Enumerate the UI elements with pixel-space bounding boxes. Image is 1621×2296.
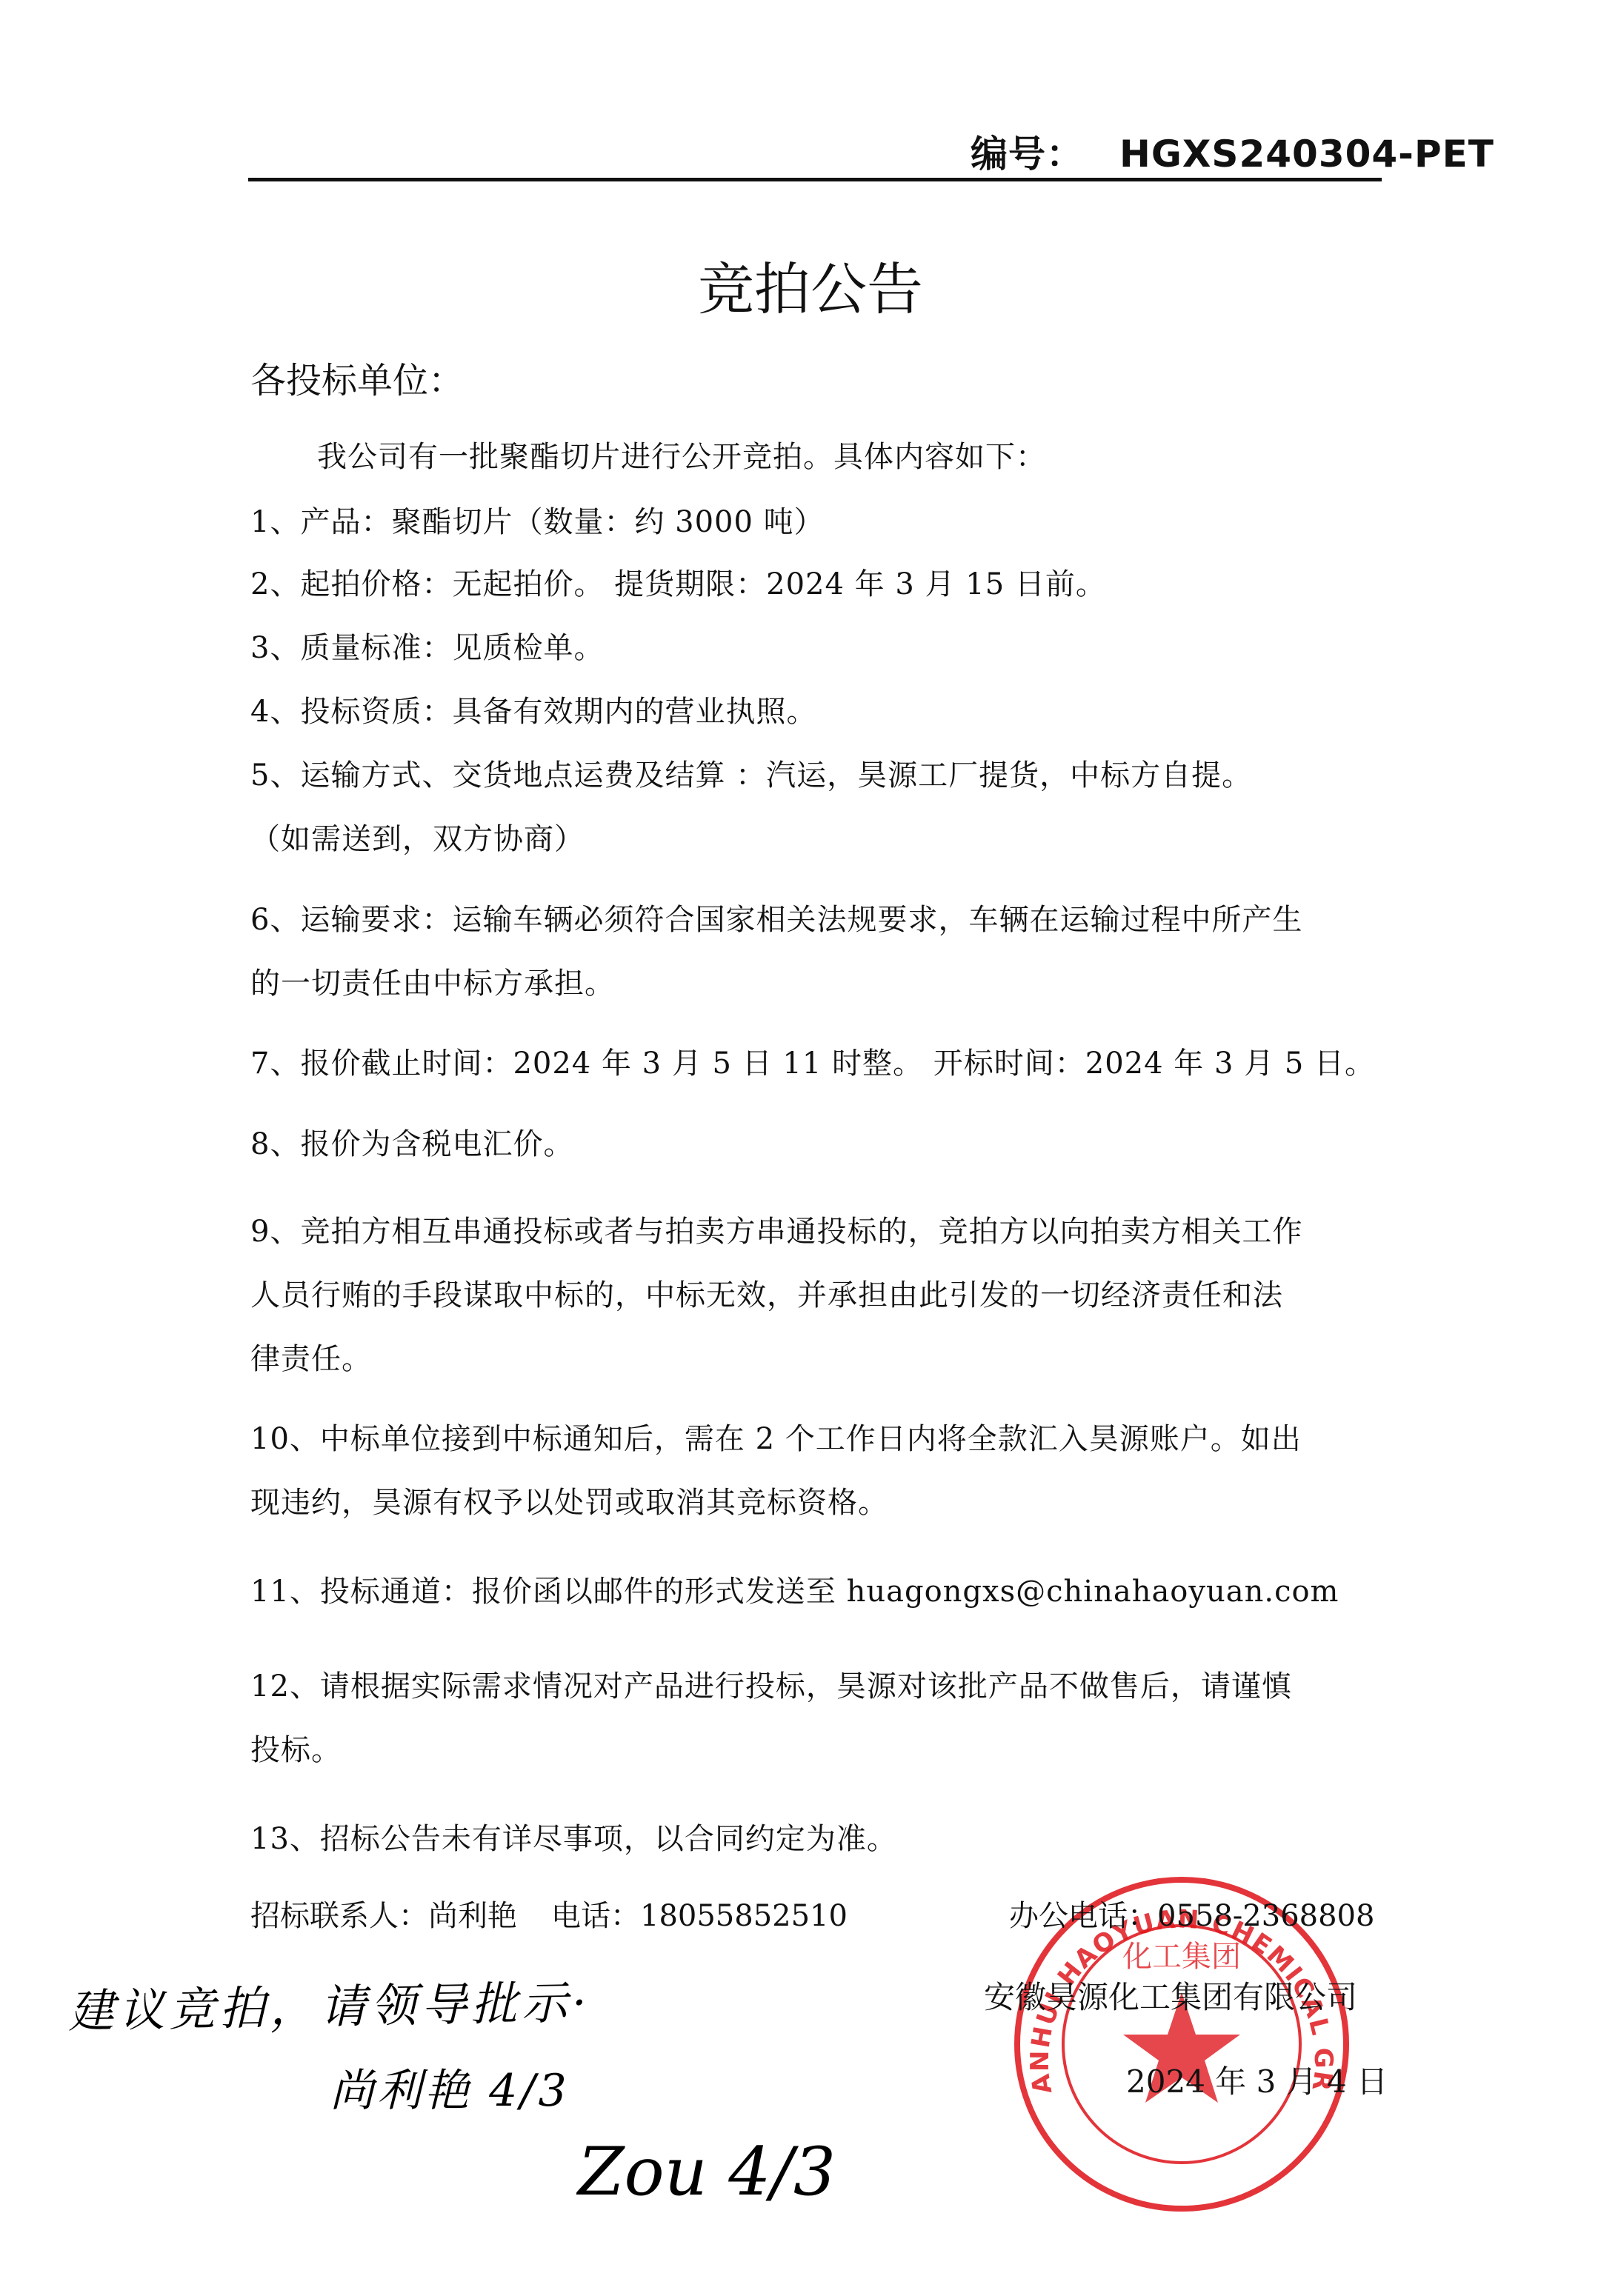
clause-6-cont: 的一切责任由中标方承担。: [250, 960, 615, 1002]
handwritten-signature-2: Zou 4/3: [578, 2133, 836, 2211]
contact-phone: 电话：18055852510: [551, 1899, 848, 1933]
clause-8: 8、报价为含税电汇价。: [250, 1121, 573, 1163]
clause-7: 7、报价截止时间：2024 年 3 月 5 日 11 时整。 开标时间：2024…: [250, 1040, 1375, 1082]
clause-10-cont: 现违约，昊源有权予以处罚或取消其竞标资格。: [250, 1479, 888, 1521]
clause-10: 10、中标单位接到中标通知后，需在 2 个工作日内将全款汇入昊源账户。如出: [250, 1415, 1302, 1458]
document-number-value: HGXS240304-PET: [1119, 133, 1494, 176]
handwritten-signature-1: 尚利艳 4/3: [330, 2055, 570, 2119]
office-phone: 办公电话：0558-2368808: [1009, 1892, 1374, 1935]
clause-3: 3、质量标准：见质检单。: [250, 624, 604, 667]
clause-11: 11、投标通道：报价函以邮件的形式发送至 huagongxs@chinahaoy…: [250, 1568, 1339, 1610]
company-name: 安徽昊源化工集团有限公司: [984, 1973, 1357, 2018]
handwritten-note: 建议竞拍，请领导批示·: [67, 1966, 591, 2040]
clause-4: 4、投标资质：具备有效期内的营业执照。: [250, 688, 816, 730]
contact-person: 招标联系人：尚利艳: [250, 1899, 517, 1933]
clause-9-cont-2: 律责任。: [250, 1335, 372, 1378]
intro-paragraph: 我公司有一批聚酯切片进行公开竞拍。具体内容如下：: [317, 433, 1046, 475]
clause-9-cont-1: 人员行贿的手段谋取中标的，中标无效，并承担由此引发的一切经济责任和法: [250, 1272, 1283, 1314]
clause-2: 2、起拍价格：无起拍价。 提货期限：2024 年 3 月 15 日前。: [250, 561, 1106, 603]
clause-9: 9、竞拍方相互串通投标或者与拍卖方串通投标的，竞拍方以向拍卖方相关工作: [250, 1208, 1302, 1250]
document-number: 编号：HGXS240304-PET: [971, 124, 1494, 178]
clause-13: 13、招标公告未有详尽事项，以合同约定为准。: [250, 1815, 897, 1858]
clause-5-note: （如需送到，双方协商）: [250, 815, 585, 858]
contact-info: 招标联系人：尚利艳电话：18055852510: [250, 1892, 848, 1935]
clause-5: 5、运输方式、交货地点运费及结算 ：汽运，昊源工厂提货，中标方自提。: [250, 752, 1252, 794]
clause-1: 1、产品：聚酯切片（数量：约 3000 吨）: [250, 498, 825, 541]
salutation: 各投标单位：: [250, 352, 464, 403]
svg-text:化工集团: 化工集团: [1122, 1940, 1241, 1974]
signature-date: 2024 年 3 月 4 日: [1126, 2058, 1388, 2102]
document-number-label: 编号：: [971, 133, 1084, 176]
clause-12: 12、请根据实际需求情况对产品进行投标，昊源对该批产品不做售后，请谨慎: [250, 1663, 1292, 1705]
clause-6: 6、运输要求：运输车辆必须符合国家相关法规要求，车辆在运输过程中所产生: [250, 896, 1302, 938]
page-title: 竞拍公告: [0, 244, 1621, 325]
header-rule: [248, 178, 1382, 181]
clause-12-cont: 投标。: [250, 1726, 342, 1769]
